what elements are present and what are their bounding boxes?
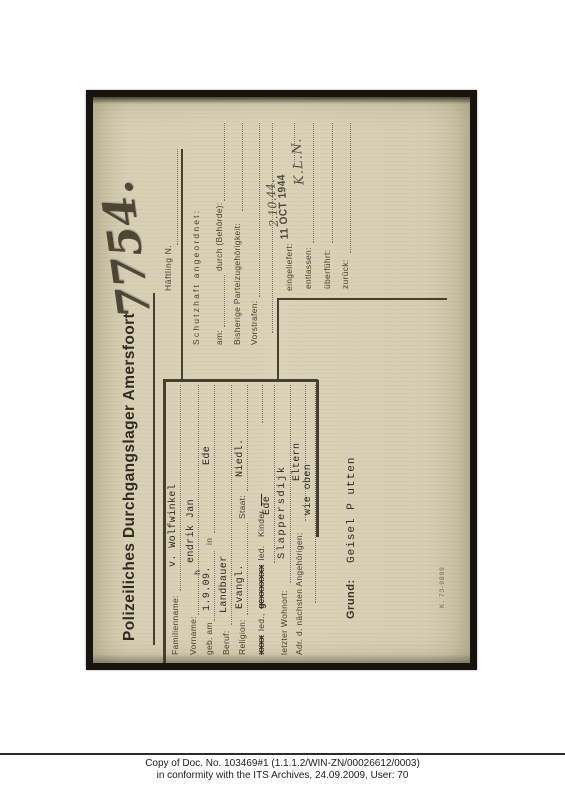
- wohnort-value: Slappersdijk: [276, 465, 288, 559]
- title-underline: [153, 293, 155, 645]
- grund-label: Grund:: [345, 579, 357, 619]
- religion-value: Evangl.: [235, 564, 246, 609]
- angehoerige-value2: wie oben: [303, 464, 314, 515]
- prisoner-number-handwritten: 7754.: [93, 177, 161, 321]
- wohnort-line: [289, 385, 291, 583]
- schutzhaft-am-line: [223, 275, 225, 327]
- form-number: K. 73-9899: [439, 566, 446, 608]
- staat-label: Staat:: [237, 495, 247, 519]
- marital-status-row: xxxx led., gexxxxxxx led. Kinder ——: [251, 493, 269, 655]
- eingeliefert-label: eingeliefert:: [284, 243, 294, 291]
- movement-left-border: [277, 298, 447, 300]
- marital-struck-geschieden: gexxxxxxx: [257, 565, 267, 609]
- geboren-date-value: 1.9.09.: [202, 566, 213, 611]
- personal-box-top-border: [163, 382, 166, 663]
- vorstrafen-line2: [271, 123, 273, 333]
- familienname-value: v. Wolfwinkel: [168, 484, 179, 567]
- beruf-label: Beruf:: [221, 631, 231, 655]
- caption-line-1: Copy of Doc. No. 103469#1 (1.1.1.2/WIN-Z…: [0, 758, 565, 770]
- prisoner-number-label: Häftling N.: [163, 245, 173, 291]
- schutzhaft-am-label: am:: [214, 330, 224, 345]
- vorname-line: [197, 385, 199, 615]
- wohnort-label: letzter Wohnort:: [279, 590, 289, 655]
- geboren-label: geb. am: [204, 622, 214, 655]
- wohnort-extra-value: Ede: [262, 496, 273, 515]
- prisoner-number-line: [176, 149, 178, 245]
- familienname-label: Familienname:: [170, 595, 180, 655]
- right-section-top-border: [181, 149, 183, 380]
- camp-title: Polizeiliches Durchgangslager Amersfoort: [121, 313, 139, 641]
- vorname-label: Vorname:: [188, 616, 198, 655]
- angehoerige-label: Adr. d. nächsten Angehörigen:: [294, 532, 304, 655]
- religion-line: [246, 523, 248, 615]
- schutzhaft-bottom-border: [277, 298, 279, 380]
- religion-label: Religion:: [237, 619, 247, 655]
- vorstrafen-label: Vorstrafen:: [249, 301, 259, 345]
- marital-struck-verh: xxxx: [257, 635, 267, 655]
- staat-line: [246, 385, 248, 491]
- grund-value: Geisel P utten: [346, 457, 358, 563]
- staat-value: Niedl.: [235, 439, 246, 477]
- angehoerige-value: Eltern: [292, 443, 303, 481]
- scan-paper: Polizeiliches Durchgangslager Amersfoort…: [93, 97, 470, 663]
- vorname-value: endrik Jan: [186, 499, 197, 563]
- zurueck-line: [349, 123, 351, 253]
- beruf-value: Landbauer: [219, 555, 230, 613]
- schutzhaft-durch-line: [223, 123, 225, 201]
- archive-caption: Copy of Doc. No. 103469#1 (1.1.1.2/WIN-Z…: [0, 758, 565, 782]
- partei-line: [241, 123, 243, 211]
- footer-divider: [0, 753, 565, 755]
- personal-box-right-border: [163, 380, 318, 383]
- angehoerige-line2: [314, 385, 316, 603]
- scan-page: Polizeiliches Durchgangslager Amersfoort…: [0, 0, 565, 800]
- wohnort-extra-line: [273, 385, 275, 563]
- vorstrafen-line: [258, 123, 260, 297]
- zurueck-label: zurück:: [340, 260, 350, 290]
- geboren-in-label: in: [204, 538, 214, 545]
- personal-box-bottom-border: [316, 380, 319, 537]
- schutzhaft-title: Schutzhaft angeordnet:: [191, 209, 201, 345]
- partei-label: Bisherige Parteizugehörigkeit:: [232, 223, 242, 345]
- destination-handwritten: K.L.N.: [289, 137, 307, 185]
- scan-artifact-top: [93, 97, 470, 104]
- ueberfuehrt-line: [331, 123, 333, 243]
- beruf-line: [230, 385, 232, 625]
- geboren-place-line: [213, 385, 215, 533]
- prisoner-card: Polizeiliches Durchgangslager Amersfoort…: [93, 97, 470, 663]
- kinder-line: [261, 385, 263, 423]
- geboren-place-value: Ede: [202, 446, 213, 465]
- scan-artifact-bottom: [93, 654, 470, 663]
- entlassen-line: [312, 123, 314, 243]
- entlassen-label: entlassen:: [303, 247, 313, 289]
- caption-line-2: in conformity with the ITS Archives, 24.…: [0, 770, 565, 782]
- marital-led-label: led.,: [256, 613, 266, 631]
- geboren-date-line: [213, 551, 215, 621]
- scan-frame: Polizeiliches Durchgangslager Amersfoort…: [86, 90, 477, 670]
- ueberfuehrt-label: überführt:: [322, 250, 332, 289]
- marital-led2-label: led.: [256, 545, 266, 560]
- familienname-line: [179, 385, 181, 591]
- schutzhaft-durch-label: durch (Behörde):: [214, 202, 224, 271]
